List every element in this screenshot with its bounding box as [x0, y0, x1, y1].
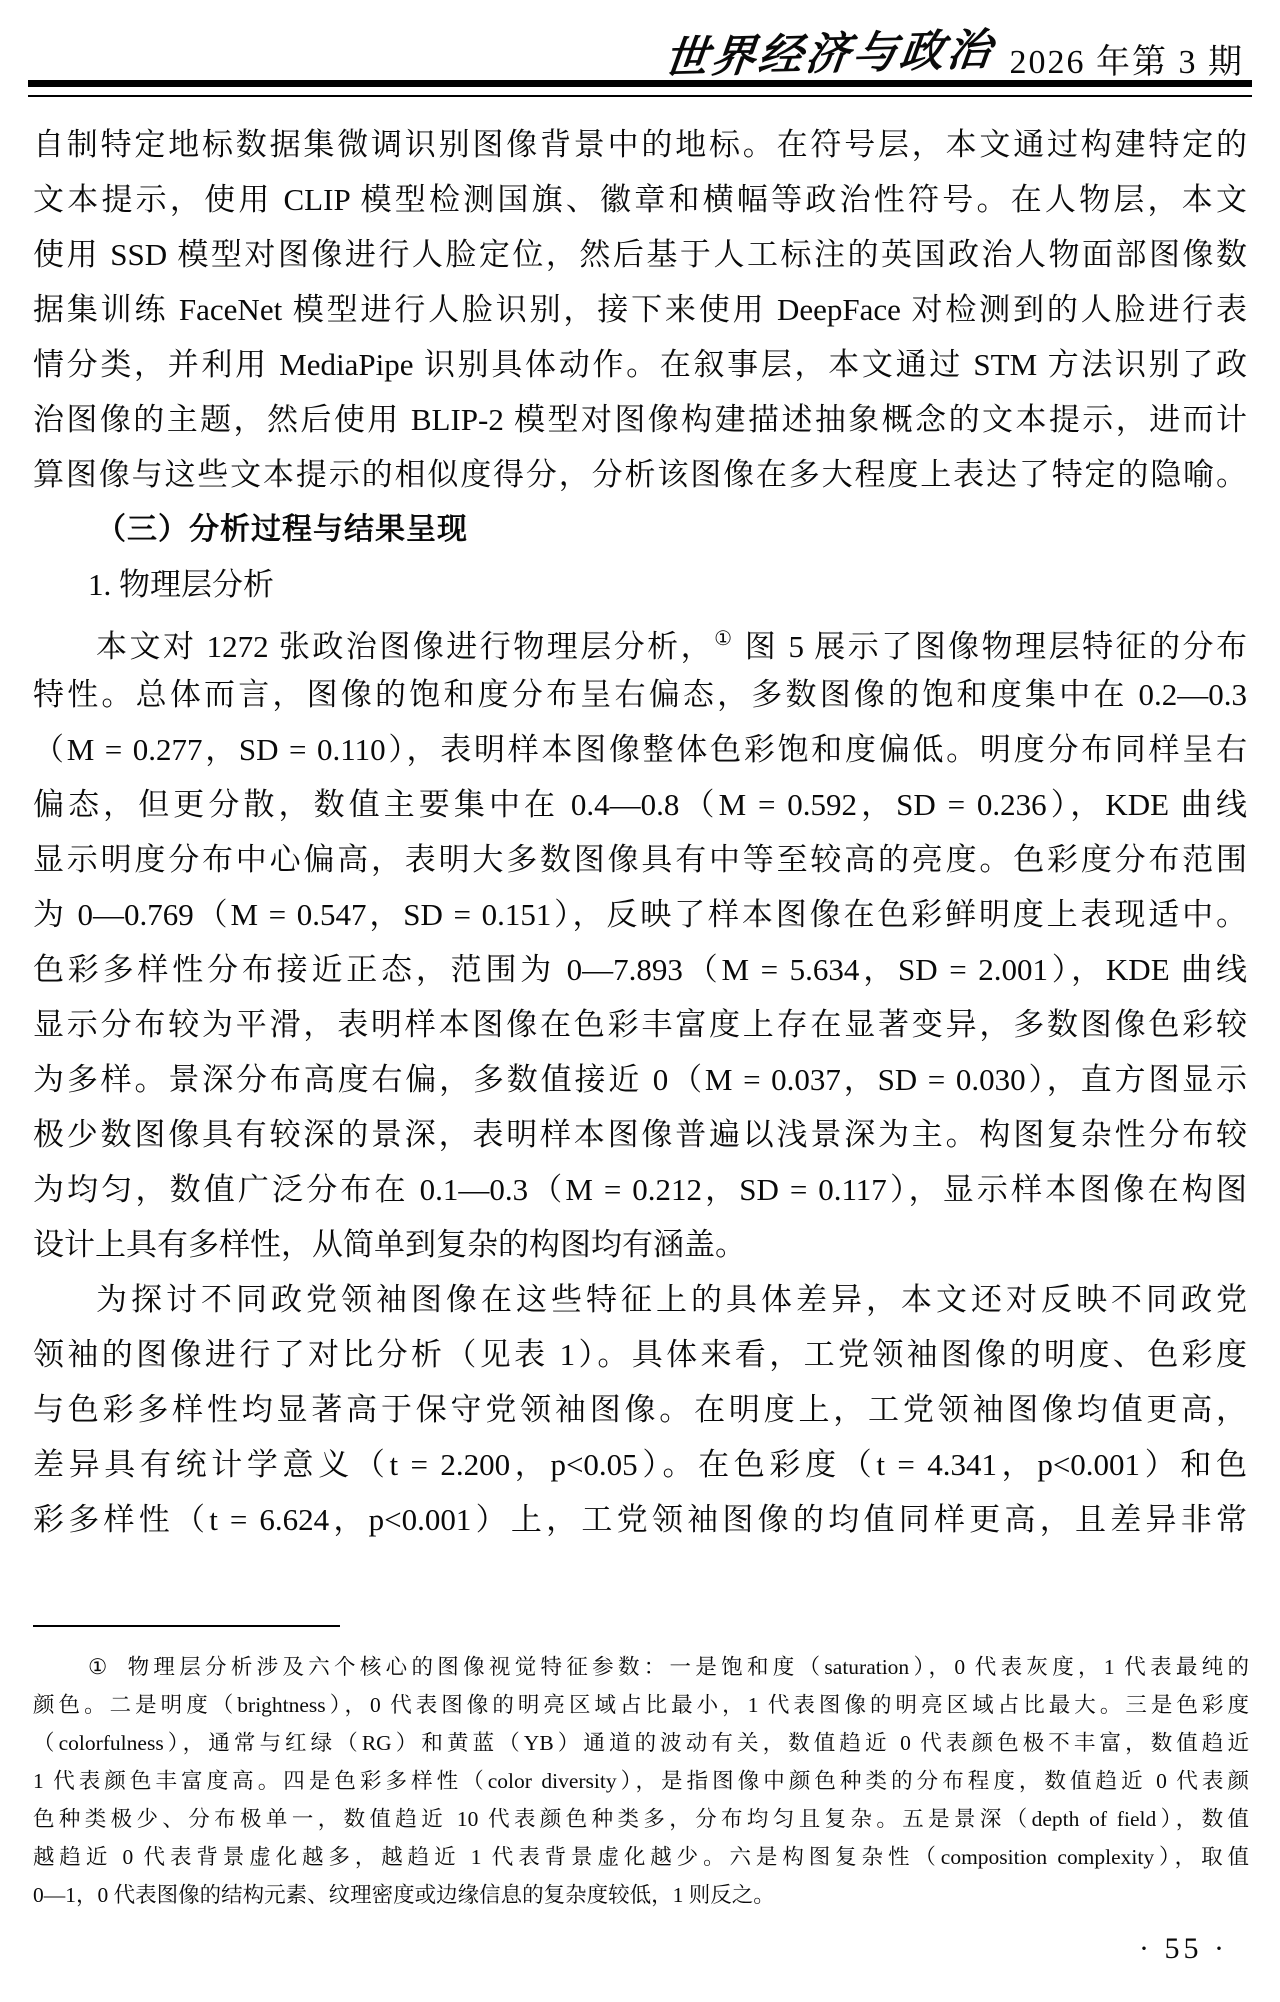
- paragraph-line: 极少数图像具有较深的景深，表明样本图像普遍以浅景深为主。构图复杂性分布较: [33, 1107, 1247, 1162]
- header-rule-thin: [28, 95, 1252, 97]
- footnote-line: 0—1，0 代表图像的结构元素、纹理密度或边缘信息的复杂度较低，1 则反之。: [33, 1876, 1249, 1914]
- issue-info: 2026 年第 3 期: [1010, 34, 1245, 83]
- footnote-line: 越趋近 0 代表背景虚化越多，越趋近 1 代表背景虚化越少。六是构图复杂性（co…: [33, 1838, 1249, 1876]
- paper-page: 世界经济与政治 2026 年第 3 期 自制特定地标数据集微调识别图像背景中的地…: [0, 0, 1280, 2002]
- paragraph-line: 差异具有统计学意义（t = 2.200，p<0.05）。在色彩度（t = 4.3…: [33, 1437, 1247, 1492]
- paragraph-line: 领袖的图像进行了对比分析（见表 1）。具体来看，工党领袖图像的明度、色彩度: [33, 1327, 1247, 1382]
- paragraph-text: 图 5 展示了图像物理层特征的分布: [735, 629, 1247, 664]
- section-heading: （三）分析过程与结果呈现: [33, 502, 1247, 557]
- footnote-line: 颜色。二是明度（brightness），0 代表图像的明亮区域占比最小，1 代表…: [33, 1686, 1249, 1724]
- paragraph-line: （M = 0.277，SD = 0.110），表明样本图像整体色彩饱和度偏低。明…: [33, 722, 1247, 777]
- footnote-text: 物理层分析涉及六个核心的图像视觉特征参数：一是饱和度（saturation），0…: [128, 1655, 1249, 1679]
- paragraph-line: 为 0—0.769（M = 0.547，SD = 0.151），反映了样本图像在…: [33, 887, 1247, 942]
- paragraph-line: 自制特定地标数据集微调识别图像背景中的地标。在符号层，本文通过构建特定的: [33, 117, 1247, 172]
- page-number: · 55 ·: [1139, 1932, 1228, 1966]
- sub-heading: 1. 物理层分析: [33, 557, 1247, 612]
- paragraph-line: 使用 SSD 模型对图像进行人脸定位，然后基于人工标注的英国政治人物面部图像数: [33, 227, 1247, 282]
- paragraph-line: 彩多样性（t = 6.624，p<0.001）上，工党领袖图像的均值同样更高，且…: [33, 1492, 1247, 1547]
- footnote-line: ①物理层分析涉及六个核心的图像视觉特征参数：一是饱和度（saturation），…: [33, 1648, 1249, 1686]
- paragraph-line: 设计上具有多样性，从简单到复杂的构图均有涵盖。: [33, 1217, 1247, 1272]
- footnote-ref-superscript: ①: [714, 628, 734, 650]
- paragraph-line: 治图像的主题，然后使用 BLIP-2 模型对图像构建描述抽象概念的文本提示，进而…: [33, 392, 1247, 447]
- paragraph-line: 特性。总体而言，图像的饱和度分布呈右偏态，多数图像的饱和度集中在 0.2—0.3: [33, 667, 1247, 722]
- paragraph-line: 为均匀，数值广泛分布在 0.1—0.3（M = 0.212，SD = 0.117…: [33, 1162, 1247, 1217]
- paragraph-line: 偏态，但更分散，数值主要集中在 0.4—0.8（M = 0.592，SD = 0…: [33, 777, 1247, 832]
- footnote-separator: [33, 1625, 340, 1627]
- footnote-line: 1 代表颜色丰富度高。四是色彩多样性（color diversity），是指图像…: [33, 1762, 1249, 1800]
- paragraph-text: 本文对 1272 张政治图像进行物理层分析，: [96, 629, 714, 664]
- paragraph-line: 显示分布较为平滑，表明样本图像在色彩丰富度上存在显著变异，多数图像色彩较: [33, 997, 1247, 1052]
- paragraph-line: 文本提示，使用 CLIP 模型检测国旗、徽章和横幅等政治性符号。在人物层，本文: [33, 172, 1247, 227]
- paragraph-line: 据集训练 FaceNet 模型进行人脸识别，接下来使用 DeepFace 对检测…: [33, 282, 1247, 337]
- header-rule-thick: [28, 80, 1252, 87]
- paragraph-line: 为探讨不同政党领袖图像在这些特征上的具体差异，本文还对反映不同政党: [33, 1272, 1247, 1327]
- page-header: 世界经济与政治 2026 年第 3 期: [33, 22, 1244, 86]
- paragraph-line: 为多样。景深分布高度右偏，多数值接近 0（M = 0.037，SD = 0.03…: [33, 1052, 1247, 1107]
- footnote-line: 色种类极少、分布极单一，数值趋近 10 代表颜色种类多，分布均匀且复杂。五是景深…: [33, 1800, 1249, 1838]
- footnote: ①物理层分析涉及六个核心的图像视觉特征参数：一是饱和度（saturation），…: [33, 1648, 1249, 1914]
- main-text: 自制特定地标数据集微调识别图像背景中的地标。在符号层，本文通过构建特定的 文本提…: [33, 117, 1247, 1547]
- footnote-marker: ①: [88, 1655, 128, 1679]
- paragraph-line: 情分类，并利用 MediaPipe 识别具体动作。在叙事层，本文通过 STM 方…: [33, 337, 1247, 392]
- footnote-line: （colorfulness），通常与红绿（RG）和黄蓝（YB）通道的波动有关，数…: [33, 1724, 1249, 1762]
- paragraph-line: 色彩多样性分布接近正态，范围为 0—7.893（M = 5.634，SD = 2…: [33, 942, 1247, 997]
- paragraph-line: 与色彩多样性均显著高于保守党领袖图像。在明度上，工党领袖图像均值更高，: [33, 1382, 1247, 1437]
- paragraph-line: 本文对 1272 张政治图像进行物理层分析，① 图 5 展示了图像物理层特征的分…: [33, 612, 1247, 667]
- paragraph-line: 算图像与这些文本提示的相似度得分，分析该图像在多大程度上表达了特定的隐喻。: [33, 447, 1247, 502]
- journal-logo: 世界经济与政治: [661, 13, 998, 86]
- paragraph-line: 显示明度分布中心偏高，表明大多数图像具有中等至较高的亮度。色彩度分布范围: [33, 832, 1247, 887]
